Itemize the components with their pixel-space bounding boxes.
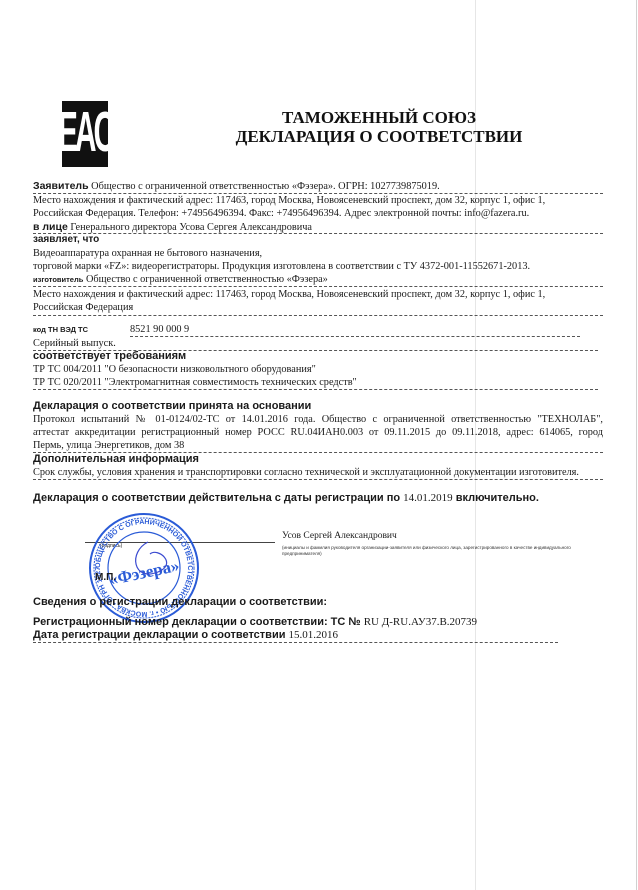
signatory-name: Усов Сергей Александрович [282,531,397,541]
additional-text: Срок службы, условия хранения и транспор… [33,467,579,479]
stamp-place-label: М.П. [95,572,116,583]
registration-number: RU Д-RU.АУ37.В.20739 [364,616,477,628]
manufacturer-label: изготовитель [33,275,83,284]
registration-date: 15.01.2016 [289,629,339,641]
additional-label: Дополнительная информация [33,453,199,465]
product-line-1: Видеоаппаратура охранная не бытового наз… [33,248,262,260]
manufacturer-address-1: Место нахождения и фактический адрес: 11… [33,289,545,301]
tnved-row: код ТН ВЭД ТС [33,324,88,336]
validity-suffix: включительно. [456,492,539,504]
representative-value: Генерального директора Усова Сергея Алек… [70,222,312,233]
tnved-label: код ТН ВЭД ТС [33,325,88,334]
divider [33,389,598,390]
svg-text:«Фэзера»: «Фэзера» [107,556,181,589]
registration-date-row: Дата регистрации декларации о соответств… [33,629,338,641]
divider [33,193,603,194]
serial-production: Серийный выпуск. [33,338,116,350]
manufacturer-address-2: Российская Федерация [33,302,133,314]
divider [33,233,603,234]
header-declaration: ДЕКЛАРАЦИЯ О СООТВЕТСТВИИ [0,127,638,147]
applicant-address-2: Российская Федерация. Телефон: +74956496… [33,208,529,220]
divider [33,642,558,643]
header-union: ТАМОЖЕННЫЙ СОЮЗ [0,108,638,128]
basis-label: Декларация о соответствии принята на осн… [33,400,311,412]
divider [33,315,603,316]
product-line-2: торговой марки «FZ»: видеорегистраторы. … [33,261,530,273]
declares-label: заявляет, что [33,234,99,245]
representative-label: в лице [33,221,68,233]
registration-number-row: Регистрационный номер декларации о соотв… [33,616,477,628]
applicant-name: Общество с ограниченной ответственностью… [91,181,440,192]
manufacturer-row: изготовитель Общество с ограниченной отв… [33,274,328,286]
basis-line-3: Пермь, улица Энергетиков, дом 38 [33,440,184,452]
signatory-caption: (инициалы и фамилия руководителя организ… [282,545,602,557]
validity-prefix: Декларация о соответствии действительна … [33,492,400,504]
divider [33,479,603,480]
requirement-item: ТР ТС 004/2011 "О безопасности низковоль… [33,364,316,376]
applicant-row: Заявитель Общество с ограниченной ответс… [33,180,440,193]
registration-date-label: Дата регистрации декларации о соответств… [33,629,285,641]
applicant-address-1: Место нахождения и фактический адрес: 11… [33,195,545,207]
tnved-value: 8521 90 000 9 [130,324,189,336]
validity-row: Декларация о соответствии действительна … [33,492,539,504]
validity-date: 14.01.2019 [403,492,453,504]
basis-line-1: Протокол испытаний № 01-0124/02-ТС от 14… [33,414,603,425]
registration-heading: Сведения о регистрации декларации о соот… [33,596,327,608]
registration-number-label: Регистрационный номер декларации о соотв… [33,616,361,628]
basis-line-2: аттестат аккредитации регистрационный но… [33,427,603,438]
divider [33,286,603,287]
requirement-item: ТР ТС 020/2011 "Электромагнитная совмест… [33,377,357,389]
applicant-label: Заявитель [33,180,89,192]
requirements-label: соответствует требованиям [33,350,186,362]
divider [130,336,580,337]
manufacturer-name: Общество с ограниченной ответственностью… [86,274,328,285]
